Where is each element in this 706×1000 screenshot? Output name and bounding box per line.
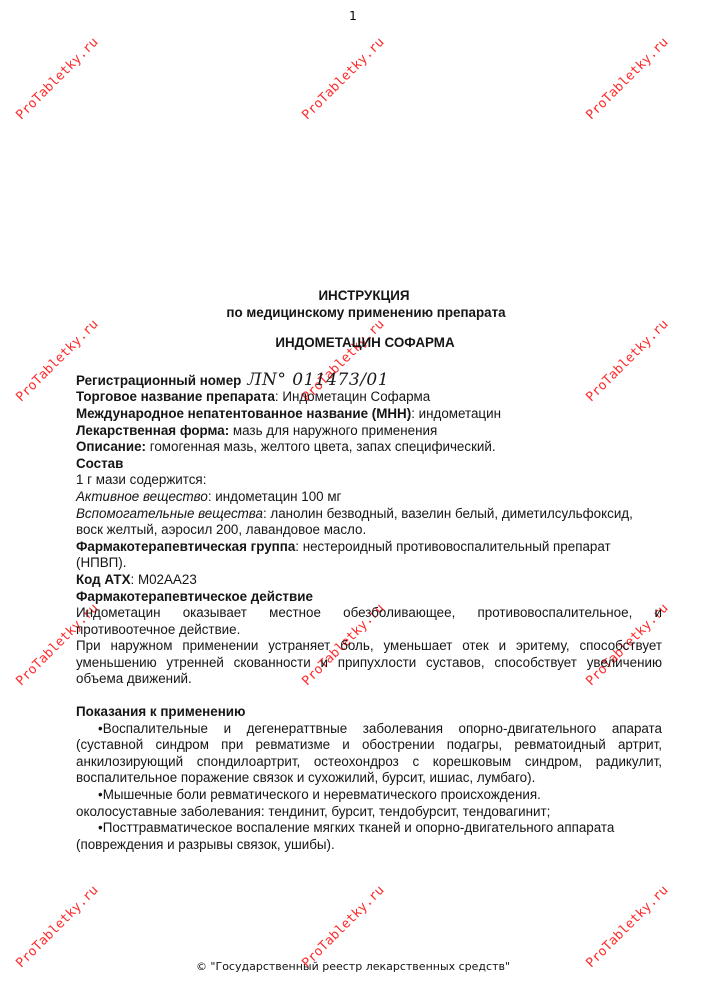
pharm-action-paragraph-1: Индометацин оказывает местное обезболива… bbox=[76, 605, 662, 638]
watermark-text: ProTabletky.ru bbox=[299, 35, 387, 123]
composition-section: Состав 1 г мази содержится: Активное вещ… bbox=[76, 456, 662, 539]
copyright-footer: © "Государственный реестр лекарственных … bbox=[0, 960, 706, 973]
indication-item: околосуставные заболевания: тендинит, бу… bbox=[76, 804, 662, 821]
watermark-text: ProTabletky.ru bbox=[583, 883, 671, 971]
active-substance-row: Активное вещество: индометацин 100 мг bbox=[76, 489, 662, 506]
atc-code-value: : M02AA23 bbox=[131, 572, 197, 587]
dosage-form-row: Лекарственная форма: мазь для наружного … bbox=[76, 423, 662, 440]
composition-intro: 1 г мази содержится: bbox=[76, 472, 662, 489]
description-value: гомогенная мазь, желтого цвета, запах сп… bbox=[146, 439, 496, 454]
pharm-action-section: Фармакотерапевтическое действие Индомета… bbox=[76, 589, 662, 689]
watermark-text: ProTabletky.ru bbox=[13, 883, 101, 971]
active-substance-label: Активное вещество bbox=[76, 489, 208, 504]
pharm-action-paragraph-2: При наружном применении устраняет боль, … bbox=[76, 638, 662, 688]
active-substance-value: : индометацин 100 мг bbox=[208, 489, 342, 504]
indication-item: •Воспалительные и дегенераттвные заболев… bbox=[76, 721, 662, 787]
description-row: Описание: гомогенная мазь, желтого цвета… bbox=[76, 439, 662, 456]
dosage-form-value: мазь для наружного применения bbox=[229, 423, 437, 438]
inn-value: : индометацин bbox=[411, 406, 501, 421]
excipients-row: Вспомогательные вещества: ланолин безвод… bbox=[76, 506, 662, 539]
inn-label: Международное непатентованное название (… bbox=[76, 406, 411, 421]
registration-label: Регистрационный номер bbox=[76, 373, 241, 388]
atc-code-label: Код АТХ bbox=[76, 572, 131, 587]
indications-heading: Показания к применению bbox=[76, 704, 245, 719]
document-subtitle: по медицинскому применению препарата bbox=[70, 305, 662, 322]
pharm-group-row: Фармакотерапевтическая группа: нестероид… bbox=[76, 539, 662, 572]
pharm-action-heading: Фармакотерапевтическое действие bbox=[76, 589, 313, 604]
indications-section: Показания к применению •Воспалительные и… bbox=[76, 704, 662, 853]
dosage-form-label: Лекарственная форма: bbox=[76, 423, 229, 438]
description-label: Описание: bbox=[76, 439, 146, 454]
trade-name-label: Торговое название препарата bbox=[76, 389, 275, 404]
trade-name-row: Торговое название препарата: Индометацин… bbox=[76, 389, 662, 406]
watermark-text: ProTabletky.ru bbox=[299, 883, 387, 971]
instruction-document: ИНСТРУКЦИЯ по медицинскому применению пр… bbox=[76, 288, 662, 853]
excipients-label: Вспомогательные вещества bbox=[76, 506, 263, 521]
composition-heading: Состав bbox=[76, 456, 123, 471]
registration-number-row: Регистрационный номерЛN° 011473/01 bbox=[76, 372, 662, 390]
atc-code-row: Код АТХ: M02AA23 bbox=[76, 572, 662, 589]
pharm-group-label: Фармакотерапевтическая группа bbox=[76, 539, 295, 554]
document-title: ИНСТРУКЦИЯ bbox=[66, 288, 662, 305]
page-number: 1 bbox=[0, 9, 706, 23]
indication-item: •Посттравматическое воспаление мягких тк… bbox=[76, 820, 662, 853]
trade-name-value: : Индометацин Софарма bbox=[275, 389, 430, 404]
indication-item: •Мышечные боли ревматического и неревмат… bbox=[76, 787, 662, 804]
watermark-text: ProTabletky.ru bbox=[583, 35, 671, 123]
drug-name-heading: ИНДОМЕТАЦИН СОФАРМА bbox=[68, 335, 662, 352]
watermark-text: ProTabletky.ru bbox=[13, 35, 101, 123]
inn-row: Международное непатентованное название (… bbox=[76, 406, 662, 423]
registration-value: ЛN° 011473/01 bbox=[247, 370, 389, 390]
